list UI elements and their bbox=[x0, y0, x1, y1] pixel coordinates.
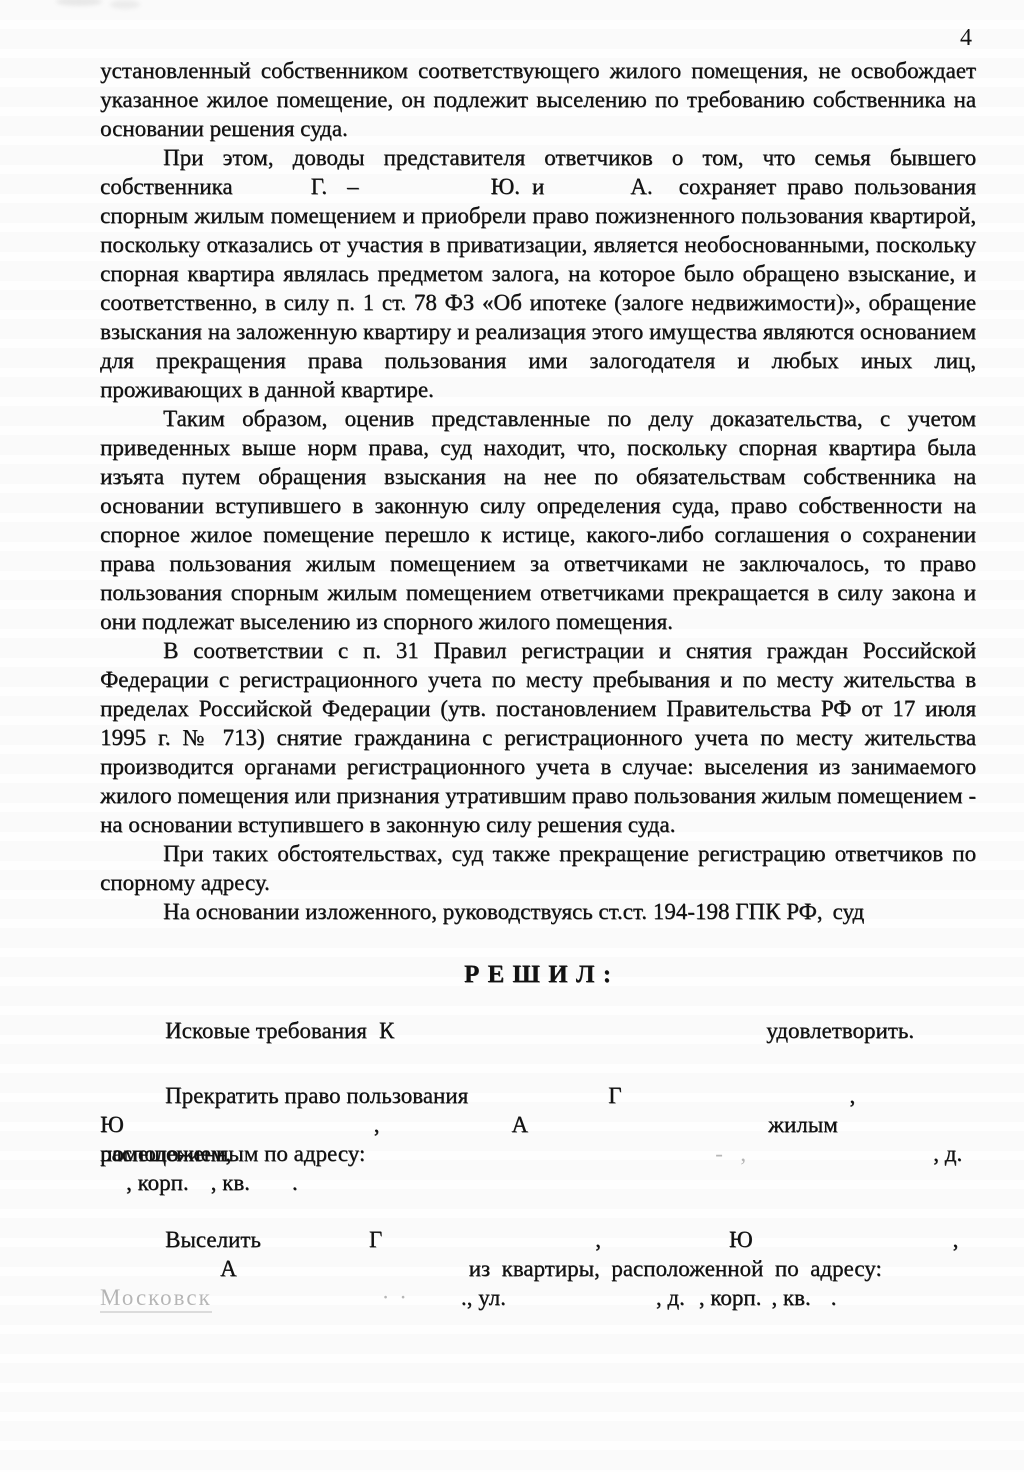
redaction-gap bbox=[261, 1246, 369, 1247]
redaction-gap bbox=[822, 918, 832, 919]
redaction-gap bbox=[761, 1304, 771, 1305]
redaction-gap bbox=[189, 1189, 211, 1190]
text-run: На основании изложенного, руководствуясь… bbox=[163, 899, 822, 924]
redaction-gap bbox=[394, 1037, 766, 1038]
text-run: При таких обстоятельствах, суд также пре… bbox=[100, 841, 982, 895]
text-run: . bbox=[292, 1170, 298, 1195]
redaction-gap bbox=[601, 1246, 729, 1247]
ruling-line: ВыселитьГ,Ю, bbox=[100, 1225, 976, 1254]
text-run: Прекратить право пользования bbox=[165, 1083, 468, 1108]
evict-respondents: ВыселитьГ,Ю,Аиз квартиры, расположенной … bbox=[100, 1225, 976, 1312]
redaction-gap bbox=[212, 1304, 382, 1305]
redaction-gap bbox=[753, 1246, 953, 1247]
text-run: суд bbox=[832, 899, 864, 924]
para-circumstances: При таких обстоятельствах, суд также пре… bbox=[100, 839, 976, 897]
text-run: . bbox=[831, 1285, 837, 1310]
text-run: удовлетворить. bbox=[766, 1018, 914, 1043]
redaction-gap bbox=[367, 1037, 379, 1038]
redaction-gap bbox=[468, 1102, 608, 1103]
redacted-residue-text: Московск bbox=[100, 1285, 212, 1313]
text-run: – bbox=[347, 174, 359, 199]
para-respondents-arguments: При этом, доводы представителя ответчико… bbox=[100, 143, 976, 404]
redaction-gap bbox=[811, 1304, 831, 1305]
para-legal-basis: На основании изложенного, руководствуясь… bbox=[100, 897, 976, 926]
redacted-residue-text: - , bbox=[715, 1141, 748, 1166]
text-run: А bbox=[220, 1256, 237, 1281]
text-run: , bbox=[374, 1112, 380, 1137]
redaction-gap bbox=[365, 1160, 715, 1161]
ruling-line: Прекратить право пользованияГ, bbox=[100, 1081, 976, 1110]
text-run: , корп. bbox=[126, 1170, 189, 1195]
text-run: Таким образом, оценив представленные по … bbox=[100, 406, 982, 634]
text-run: из квартиры, расположенной по адресу: bbox=[469, 1256, 882, 1281]
text-run: расположенным по адресу: bbox=[100, 1141, 365, 1166]
text-run: , д. bbox=[933, 1141, 962, 1166]
text-run: Г. bbox=[311, 174, 327, 199]
redaction-gap bbox=[409, 1304, 461, 1305]
text-run: , bbox=[953, 1227, 959, 1252]
document-body: установленный собственником соответствую… bbox=[100, 56, 976, 1312]
redaction-gap bbox=[100, 1275, 220, 1276]
redaction-gap bbox=[382, 1246, 595, 1247]
text-run: А. bbox=[630, 174, 652, 199]
text-run: Г bbox=[608, 1083, 621, 1108]
text-run: , кв. bbox=[771, 1285, 810, 1310]
redaction-gap bbox=[528, 1131, 768, 1132]
redacted-residue-text: · · bbox=[382, 1285, 409, 1310]
text-run: В соответствии с п. 31 Правил регистраци… bbox=[100, 638, 982, 837]
text-run: Г bbox=[369, 1227, 382, 1252]
text-run: Ю bbox=[729, 1227, 753, 1252]
redaction-gap bbox=[100, 1246, 165, 1247]
text-run: , bbox=[595, 1227, 601, 1252]
redaction-gap bbox=[124, 1131, 374, 1132]
redaction-gap bbox=[327, 193, 347, 194]
decision-heading: Р Е Ш И Л : bbox=[100, 960, 976, 989]
redaction-gap bbox=[653, 193, 679, 194]
redaction-gap bbox=[748, 1160, 933, 1161]
text-run: сохраняет право пользования спорным жилы… bbox=[100, 174, 982, 402]
text-run: и bbox=[532, 174, 544, 199]
redaction-gap bbox=[359, 193, 491, 194]
redaction-gap bbox=[250, 1189, 292, 1190]
claims-satisfied: Исковые требованияКудовлетворить. bbox=[100, 1016, 976, 1045]
para-registration-rules: В соответствии с п. 31 Правил регистраци… bbox=[100, 636, 976, 839]
redaction-gap bbox=[506, 1304, 656, 1305]
ruling-line: , корп., кв.. bbox=[100, 1168, 976, 1197]
ruling-line: Ю,Ажилым помещением, bbox=[100, 1110, 976, 1139]
text-run: , кв. bbox=[211, 1170, 250, 1195]
ruling-line: Аиз квартиры, расположенной по адресу: bbox=[100, 1254, 976, 1283]
ruling-line: Исковые требованияКудовлетворить. bbox=[100, 1016, 976, 1045]
redaction-gap bbox=[233, 193, 311, 194]
para-court-conclusion: Таким образом, оценив представленные по … bbox=[100, 404, 976, 636]
redaction-gap bbox=[237, 1275, 469, 1276]
redaction-gap bbox=[621, 1102, 849, 1103]
text-run: А bbox=[511, 1112, 528, 1137]
redaction-gap bbox=[685, 1304, 699, 1305]
page-number: 4 bbox=[960, 24, 972, 53]
text-run: , д. bbox=[656, 1285, 685, 1310]
redaction-gap bbox=[379, 1131, 511, 1132]
text-run: Ю bbox=[100, 1112, 124, 1137]
ruling-line: расположенным по адресу:- ,, д. bbox=[100, 1139, 976, 1168]
text-run: , корп. bbox=[699, 1285, 762, 1310]
text-run: К bbox=[379, 1018, 394, 1043]
text-run: , bbox=[849, 1083, 855, 1108]
terminate-use-right: Прекратить право пользованияГ,Ю,Ажилым п… bbox=[100, 1081, 976, 1197]
text-run: Выселить bbox=[165, 1227, 261, 1252]
redaction-gap bbox=[100, 1037, 165, 1038]
para-continuation: установленный собственником соответствую… bbox=[100, 56, 976, 143]
redaction-gap bbox=[100, 1189, 126, 1190]
redaction-gap bbox=[100, 1102, 165, 1103]
redaction-gap bbox=[544, 193, 630, 194]
redaction-gap bbox=[520, 193, 532, 194]
text-run: Исковые требования bbox=[165, 1018, 367, 1043]
text-run: Ю. bbox=[491, 174, 520, 199]
text-run: установленный собственником соответствую… bbox=[100, 58, 982, 141]
ruling-line: Московск· ·., ул., д., корп., кв.. bbox=[100, 1283, 976, 1312]
scanned-court-document-page: 4 установленный собственником соответств… bbox=[0, 0, 1024, 1472]
scan-smudge bbox=[110, 0, 140, 9]
text-run: ., ул. bbox=[461, 1285, 506, 1310]
scan-smudge bbox=[56, 0, 102, 6]
